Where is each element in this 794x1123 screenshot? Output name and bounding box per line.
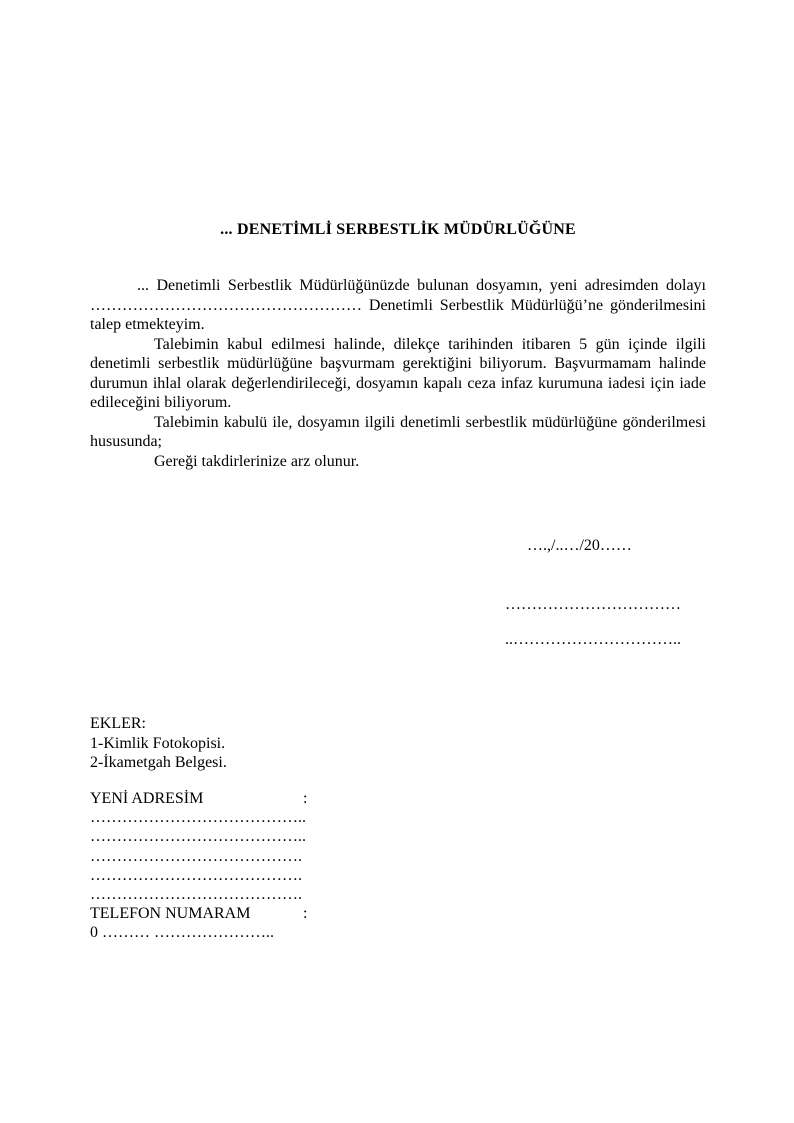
attachments-section: EKLER: 1-Kimlik Fotokopisi. 2-İkametgah … <box>90 714 227 773</box>
phone-label: TELEFON NUMARAM <box>90 904 303 923</box>
new-address-row: YENİ ADRESİM: <box>90 789 307 808</box>
petition-body: ... Denetimli Serbestlik Müdürlüğünüzde … <box>90 276 706 471</box>
document-page: ... DENETİMLİ SERBESTLİK MÜDÜRLÜĞÜNE ...… <box>0 0 794 1123</box>
document-title: ... DENETİMLİ SERBESTLİK MÜDÜRLÜĞÜNE <box>90 221 706 239</box>
date-placeholder: ….,/..…/20…… <box>527 537 632 555</box>
attachment-item-residence-certificate: 2-İkametgah Belgesi. <box>90 753 227 773</box>
address-blank-line-4: …………………………………. <box>90 866 307 885</box>
paragraph-acknowledgement: Talebimin kabul edilmesi halinde, dilekç… <box>90 335 706 413</box>
paragraph-transfer-request: ... Denetimli Serbestlik Müdürlüğünüzde … <box>90 276 706 335</box>
signature-line-1: …………………………… <box>505 596 681 614</box>
phone-colon: : <box>303 905 307 922</box>
address-blank-line-3: …………………………………. <box>90 847 307 866</box>
attachments-heading: EKLER: <box>90 714 227 734</box>
signature-line-2: ..………………………….. <box>505 631 681 649</box>
new-address-colon: : <box>303 790 307 807</box>
phone-row: TELEFON NUMARAM: <box>90 904 307 923</box>
attachment-item-id-copy: 1-Kimlik Fotokopisi. <box>90 734 227 754</box>
address-blank-line-1: ………………………………….. <box>90 808 307 827</box>
address-blank-line-5: …………………………………. <box>90 885 307 904</box>
paragraph-conclusion: Talebimin kabulü ile, dosyamın ilgili de… <box>90 413 706 452</box>
new-address-label: YENİ ADRESİM <box>90 789 303 808</box>
phone-blank-line: 0 ……… ………………….. <box>90 923 307 942</box>
paragraph-closing: Gereği takdirlerinize arz olunur. <box>90 452 706 472</box>
new-address-section: YENİ ADRESİM: ………………………………….. …………………………… <box>90 789 307 943</box>
address-blank-line-2: ………………………………….. <box>90 827 307 846</box>
